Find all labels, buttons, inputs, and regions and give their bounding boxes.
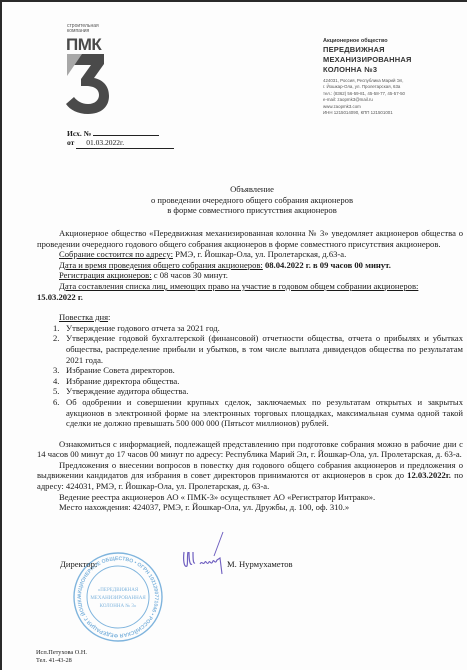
document-page: строительная компания ПМК Акционерное об… [2, 2, 467, 670]
logo-tagline-2: компания [67, 29, 114, 34]
svg-text:МЕХАНИЗИРОВАННАЯ: МЕХАНИЗИРОВАННАЯ [90, 596, 146, 601]
title-line-1: Объявление [112, 184, 392, 195]
company-name-line-3: КОЛОННА №3 [323, 65, 467, 75]
document-footer: Исп.Петухова О.Н. Тел. 41-43-28 [36, 649, 87, 665]
agenda-item: 6.Об одобрении и совершении крупных сдел… [53, 397, 463, 429]
title-line-3: в форме совместного присутствия акционер… [112, 205, 392, 216]
outgoing-number-label: Исх. № [67, 129, 91, 138]
proposals-deadline: 12.03.2022г. [407, 470, 451, 480]
intro-paragraph: Акционерное общество «Передвижная механи… [37, 228, 463, 249]
company-name-line-2: МЕХАНИЗИРОВАННАЯ [323, 55, 467, 65]
registration-label: Регистрация акционеров: [59, 270, 152, 280]
list-date-value: 15.03.2022 г. [37, 292, 463, 303]
agenda-item: 2.Утверждение годовой бухгалтерской (фин… [53, 333, 463, 365]
logo-numeral-3-icon [64, 54, 110, 114]
agenda-list: 1.Утверждение годового отчета за 2021 го… [37, 323, 463, 429]
agenda-item: 5.Утверждение аудитора общества. [53, 386, 463, 397]
outgoing-date-label: от [67, 138, 74, 147]
company-type: Акционерное общество [323, 38, 467, 44]
agenda-item: 1.Утверждение годового отчета за 2021 го… [53, 323, 463, 334]
agenda-item: 4.Избрание директора общества. [53, 376, 463, 387]
executor-name: Исп.Петухова О.Н. [36, 649, 87, 657]
document-body: Акционерное общество «Передвижная механи… [37, 228, 463, 513]
outgoing-date: от 01.03.2022г. [67, 138, 174, 149]
agenda-heading: Повестка дня [59, 312, 108, 322]
company-inn-kpp: ИНН 1215014090, КПП 121501001 [323, 110, 467, 116]
venue-value: РМЭ, г. Йошкар-Ола, ул. Пролетарская, д.… [173, 249, 346, 259]
venue-label: Собрание состоится по адресу: [59, 249, 173, 259]
logo-brand: ПМК [66, 35, 114, 55]
datetime-line: Дата и время проведения общего собрания … [37, 260, 463, 271]
director-label: Директор [60, 559, 95, 569]
list-date-line: Дата составления списка лиц, имеющих пра… [37, 281, 463, 292]
datetime-label: Дата и время проведения общего собрания … [59, 260, 263, 270]
datetime-value: 08.04.2022 г. в 09 часов 00 минут. [263, 260, 391, 270]
company-name-line-1: ПЕРЕДВИЖНАЯ [323, 45, 467, 55]
registration-value: с 08 часов 30 минут. [152, 270, 228, 280]
proposals-paragraph: Предложения о внесении вопросов в повест… [37, 460, 463, 492]
info-paragraph: Ознакомиться с информацией, подлежащей п… [37, 439, 463, 460]
outgoing-date-value: 01.03.2022г. [76, 138, 174, 149]
registration-line: Регистрация акционеров: с 08 часов 30 ми… [37, 270, 463, 281]
director-name: М. Нурмухаметов [227, 559, 293, 570]
agenda-heading-line: Повестка дня: [37, 312, 463, 323]
registrar-line-2: Место нахождения: 424037, РМЭ, г. Йошкар… [37, 502, 463, 513]
venue-line: Собрание состоится по адресу: РМЭ, г. Йо… [37, 249, 463, 260]
agenda-item: 3.Избрание Совета директоров. [53, 365, 463, 376]
svg-text:КОЛОННА № 3»: КОЛОННА № 3» [100, 603, 137, 609]
registrar-line-1: Ведение реестра акционеров АО « ПМК-3» о… [37, 492, 463, 503]
company-details: Акционерное общество ПЕРЕДВИЖНАЯ МЕХАНИЗ… [323, 38, 467, 116]
signature-icon [178, 530, 238, 580]
outgoing-number-line [93, 128, 159, 136]
title-line-2: о проведении очередного общего собрания … [112, 195, 392, 206]
signature-line: Директор: М. Нурмухаметов [60, 559, 380, 570]
executor-phone: Тел. 41-43-28 [36, 657, 87, 665]
company-logo: строительная компания ПМК [64, 24, 114, 116]
document-title: Объявление о проведении очередного общег… [112, 184, 392, 216]
svg-text:«ПЕРЕДВИЖНАЯ: «ПЕРЕДВИЖНАЯ [98, 588, 139, 593]
list-date-label: Дата составления списка лиц, имеющих пра… [59, 281, 418, 291]
